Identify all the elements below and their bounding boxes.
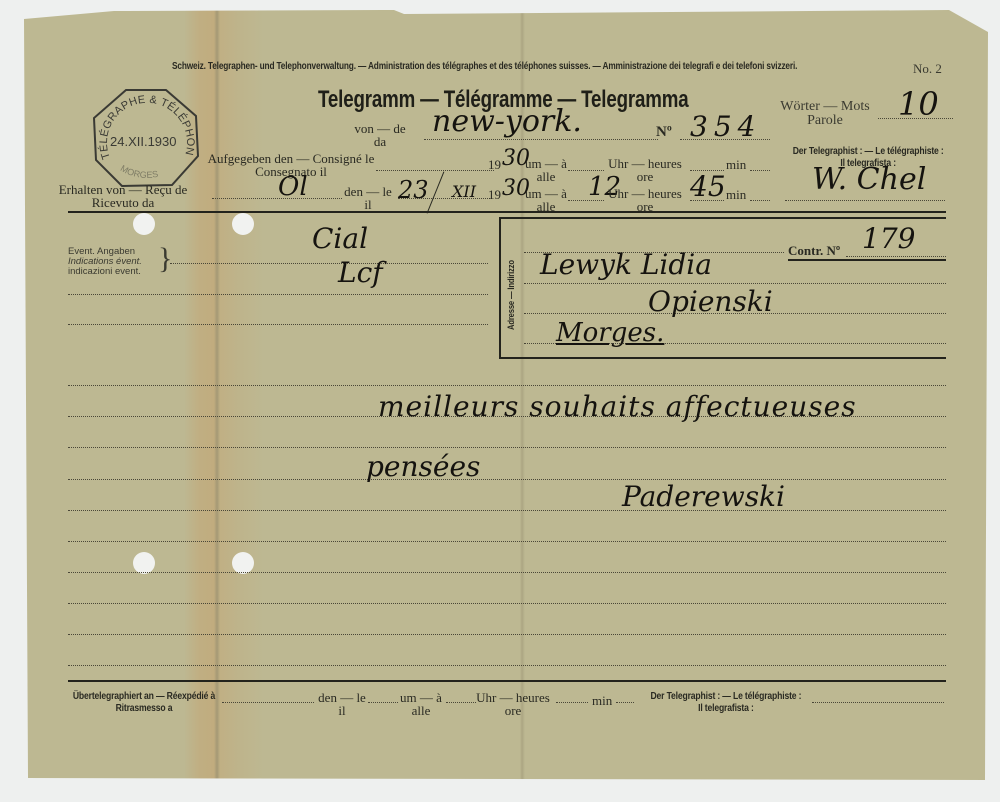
address-box-left	[499, 217, 501, 357]
words-label: Wörter — Mots	[775, 100, 875, 114]
message-line	[68, 665, 946, 666]
message-line	[68, 447, 946, 448]
filed-min-label: min	[726, 157, 746, 173]
footer-telegraphist-label-it: Il telegrafista :	[648, 702, 804, 714]
footer-min-line	[616, 702, 634, 703]
address-side-label: Adresse — Indirizzo	[506, 260, 516, 330]
filed-year-prefix: 19	[488, 157, 501, 173]
address-box-bottom	[499, 357, 946, 359]
indications-line-2	[68, 294, 488, 295]
message-line	[68, 634, 946, 635]
stamp-date: 24.XII.1930	[110, 134, 177, 149]
received-min-label: min	[726, 187, 746, 203]
indications-line-3	[68, 324, 488, 325]
punch-hole	[133, 213, 155, 235]
footer-telegraphist-label: Der Telegraphist : — Le télégraphiste :	[648, 690, 804, 702]
control-underline	[788, 259, 946, 261]
from-field-line	[424, 139, 658, 140]
received-from-value[interactable]: Ol	[278, 172, 308, 202]
message-line	[68, 385, 946, 386]
stamp-bottom-text: MORGES	[119, 163, 159, 180]
footer-date-label-it: il	[316, 704, 368, 717]
indications-brace: }	[158, 244, 172, 274]
number-value[interactable]: 354	[690, 110, 761, 143]
message-line	[68, 603, 946, 604]
svg-text:TÉLÉGRAPHE & TÉLÉPHONE: TÉLÉGRAPHE & TÉLÉPHONE	[92, 88, 196, 161]
address-value-2[interactable]: Opienski	[648, 285, 773, 318]
received-day-value[interactable]: 23	[398, 176, 429, 204]
received-date-label-it: il	[340, 198, 396, 211]
indications-label-it: indicazioni event.	[68, 267, 142, 277]
forwarded-label: Übertelegraphiert an — Réexpédié à	[62, 690, 226, 702]
filed-min-line	[750, 170, 770, 171]
punch-hole	[232, 213, 254, 235]
footer-hour-label-it: ore	[476, 704, 550, 717]
message-line	[68, 510, 946, 511]
telegraphist-value[interactable]: W. Chel	[812, 162, 926, 197]
words-value[interactable]: 10	[898, 85, 939, 123]
footer-telegraphist-line	[812, 702, 944, 703]
from-value[interactable]: new-york.	[432, 104, 582, 139]
address-line-2	[524, 283, 946, 284]
message-signature[interactable]: Paderewski	[622, 480, 785, 513]
control-number-label: Contr. Nº	[788, 243, 840, 259]
message-line	[68, 479, 946, 480]
message-line	[68, 572, 946, 573]
footer-min-label: min	[592, 693, 612, 709]
indications-value-2[interactable]: Lcf	[338, 256, 383, 289]
filed-at-line	[568, 170, 604, 171]
words-label-it: Parole	[775, 114, 875, 128]
received-year-prefix: 19	[488, 187, 501, 203]
administration-line: Schweiz. Telegraphen- und Telephonverwal…	[172, 60, 797, 72]
telegraphist-label: Der Telegraphist : — Le télégraphiste :	[780, 145, 956, 157]
header-divider	[68, 211, 946, 213]
indications-line	[170, 263, 488, 264]
control-number-value[interactable]: 179	[862, 222, 915, 255]
received-min-line	[750, 200, 770, 201]
from-label-it: da	[340, 135, 420, 148]
telegraphist-field-line	[785, 200, 945, 201]
footer-divider	[68, 680, 946, 682]
control-number-line	[846, 256, 946, 257]
forwarded-label-it: Ritrasmesso a	[62, 702, 226, 714]
punch-hole	[133, 552, 155, 574]
message-line	[68, 541, 946, 542]
forwarded-line	[222, 702, 314, 703]
address-value-3[interactable]: Morges.	[556, 318, 664, 348]
footer-date-line	[368, 702, 398, 703]
svg-text:MORGES: MORGES	[119, 163, 159, 180]
punch-hole	[232, 552, 254, 574]
postmark-stamp-icon: TÉLÉGRAPHE & TÉLÉPHONE 24.XII.1930 MORGE…	[92, 88, 200, 188]
indications-value-1[interactable]: Cial	[312, 222, 368, 255]
footer-hour-line	[556, 702, 588, 703]
address-box-top	[499, 217, 946, 219]
stamp-ring-text: TÉLÉGRAPHE & TÉLÉPHONE	[92, 88, 196, 161]
received-month-value[interactable]: XII	[452, 182, 476, 201]
message-text-line-2[interactable]: pensées	[366, 450, 480, 483]
footer-at-label-it: alle	[398, 704, 444, 717]
received-label-it: Ricevuto da	[58, 196, 188, 209]
filed-date-line	[376, 170, 494, 171]
received-from-line	[212, 198, 342, 199]
form-number: No. 2	[913, 61, 942, 77]
footer-at-line	[446, 702, 476, 703]
number-label: Nº	[656, 124, 672, 141]
message-text-line-1[interactable]: meilleurs souhaits affectueuses	[378, 390, 857, 423]
address-value-1[interactable]: Lewyk Lidia	[540, 248, 712, 281]
filed-at-label-it: alle	[524, 170, 568, 183]
received-min-value[interactable]: 45	[690, 170, 726, 203]
